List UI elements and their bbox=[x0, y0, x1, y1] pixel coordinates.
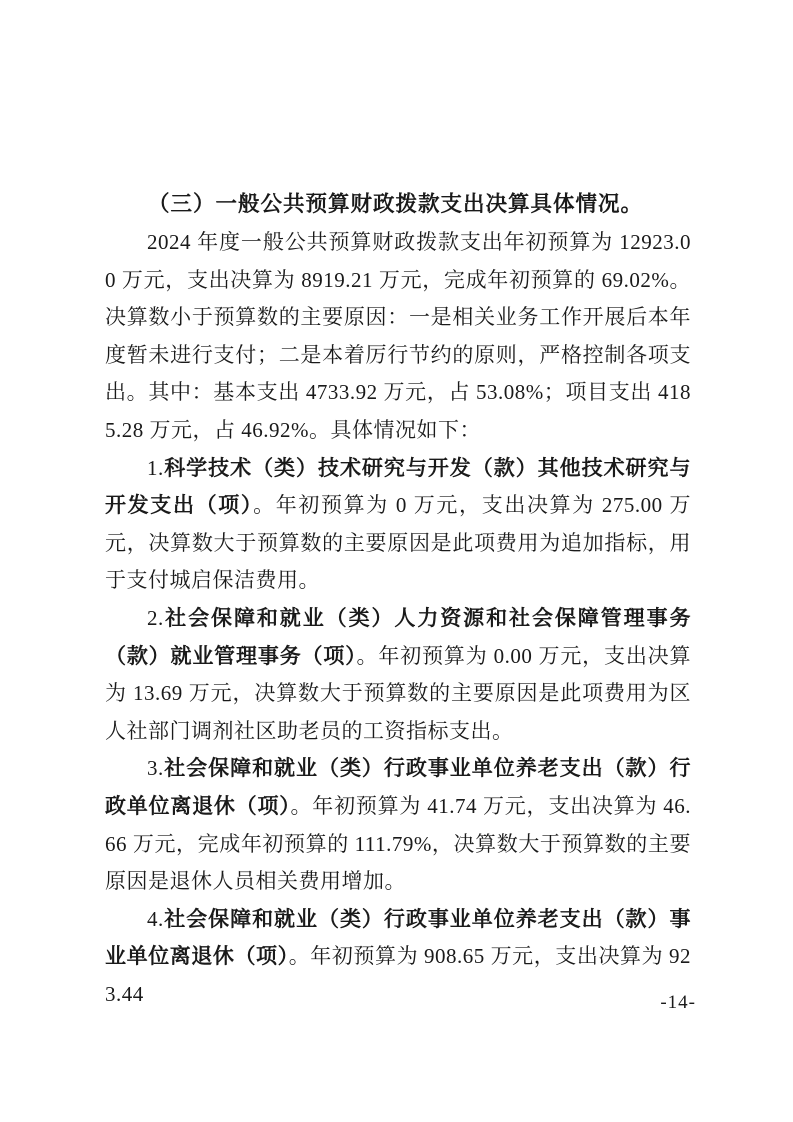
item-number: 4. bbox=[147, 907, 164, 931]
paragraph: 1.科学技术（类）技术研究与开发（款）其他技术研究与开发支出（项）。年初预算为 … bbox=[105, 450, 691, 600]
paragraph: 2024 年度一般公共预算财政拨款支出年初预算为 12923.00 万元，支出决… bbox=[105, 224, 691, 450]
paragraph: 2.社会保障和就业（类）人力资源和社会保障管理事务（款）就业管理事务（项）。年初… bbox=[105, 600, 691, 750]
document-content: （三）一般公共预算财政拨款支出决算具体情况。 2024 年度一般公共预算财政拨款… bbox=[105, 184, 691, 1013]
item-number: 2. bbox=[147, 606, 164, 630]
page-number: -14- bbox=[660, 992, 696, 1014]
document-body: 2024 年度一般公共预算财政拨款支出年初预算为 12923.00 万元，支出决… bbox=[105, 224, 691, 1013]
paragraph-text: 2024 年度一般公共预算财政拨款支出年初预算为 12923.00 万元，支出决… bbox=[105, 230, 691, 442]
paragraph: 4.社会保障和就业（类）行政事业单位养老支出（款）事业单位离退休（项）。年初预算… bbox=[105, 901, 691, 1014]
document-page: （三）一般公共预算财政拨款支出决算具体情况。 2024 年度一般公共预算财政拨款… bbox=[0, 0, 793, 1122]
item-number: 1. bbox=[147, 456, 164, 480]
paragraph: 3.社会保障和就业（类）行政事业单位养老支出（款）行政单位离退休（项）。年初预算… bbox=[105, 750, 691, 900]
item-number: 3. bbox=[147, 756, 164, 780]
section-heading: （三）一般公共预算财政拨款支出决算具体情况。 bbox=[105, 184, 691, 224]
